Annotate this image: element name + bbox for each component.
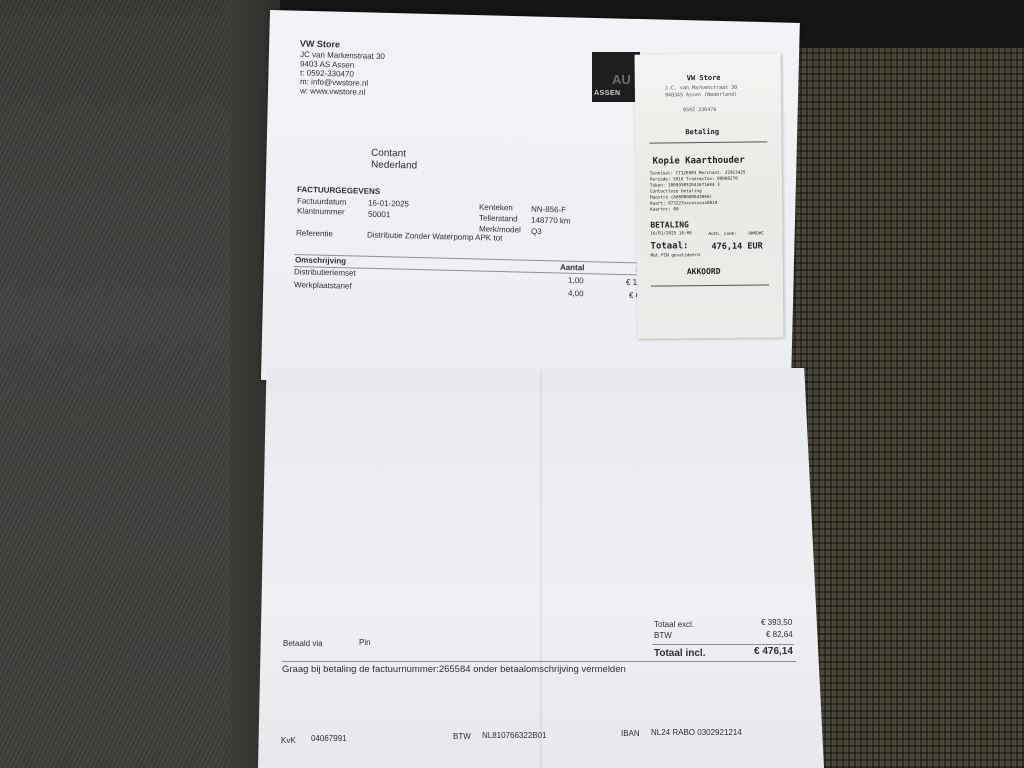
receipt-total-value: 476,14 EUR [711, 241, 762, 252]
paid-via-value: Pin [359, 638, 371, 648]
receipt-auth-label: Auth. code: [708, 232, 737, 237]
receipt-detail-line: Kaartnr: 00 [650, 207, 679, 212]
btw-label: BTW [453, 732, 471, 742]
total-incl-value: € 476,14 [754, 646, 793, 657]
receipt-pin-note: Met PIN gevalideerd [651, 253, 700, 259]
payment-note: Graag bij betaling de factuurnummer:2655… [282, 664, 626, 675]
row-quantity: 4,00 [568, 289, 584, 299]
paid-via-label: Betaald via [283, 639, 323, 649]
logo-text: AU [612, 72, 631, 87]
row-description: Werkplaatstarief [294, 280, 352, 291]
field-label: Factuurdatum [297, 196, 347, 207]
pin-receipt: VW Store J.C. van Markenstraat 30 9403AS… [635, 53, 784, 339]
receipt-detail-line: Maestro (A0000000043060) [650, 195, 712, 201]
store-name: VW Store [300, 39, 340, 50]
row-description: Distributieriemset [294, 267, 356, 278]
receipt-section: Betaling [685, 128, 719, 136]
receipt-phone: 0592 330470 [683, 107, 716, 113]
column-header-description: Omschrijving [295, 255, 346, 266]
iban-label: IBAN [621, 729, 640, 739]
vehicle-label: Kenteken [479, 203, 513, 213]
vat-value: € 82,64 [766, 630, 793, 640]
receipt-type: BETALING [650, 220, 689, 229]
totals-rule [652, 644, 794, 645]
receipt-title: Kopie Kaarthouder [653, 156, 745, 167]
receipt-address-2: 9403AS Assen (Nederland) [665, 92, 737, 99]
logo-subtext: ASSEN [594, 90, 621, 97]
vehicle-value: 148770 km [531, 216, 571, 226]
vehicle-label: Tellerstand [479, 214, 518, 224]
kvk-value: 04067991 [311, 734, 347, 744]
receipt-total-label: Totaal: [650, 241, 688, 251]
receipt-bottom-rule [651, 284, 769, 286]
vat-label: BTW [654, 631, 672, 641]
row-quantity: 1,00 [568, 276, 584, 286]
receipt-detail-line: Periode: 5016 Transactie: 00000270 [650, 177, 738, 183]
field-label: Klantnummer [297, 206, 345, 217]
customer-name: Contant [371, 148, 406, 160]
field-value: 50001 [368, 210, 390, 220]
note-rule [282, 661, 796, 662]
receipt-detail-line: Kaart: 673223xxxxxxxxx0010 [650, 201, 717, 207]
total-excl-value: € 393,50 [761, 618, 792, 628]
receipt-detail-line: Token: 100993052041671604 3 [650, 183, 720, 189]
field-value: 16-01-2025 [368, 199, 409, 209]
receipt-status: AKKOORD [687, 267, 721, 276]
total-excl-label: Totaal excl. [654, 620, 694, 630]
total-incl-label: Totaal incl. [654, 648, 706, 659]
customer-country: Nederland [371, 159, 417, 171]
invoice-details-heading: FACTUURGEGEVENS [297, 185, 380, 197]
vehicle-label: Merk/model [479, 224, 521, 235]
receipt-store-name: VW Store [687, 74, 721, 82]
field-label: Referentie [296, 229, 333, 239]
receipt-auth-code: UW6QHC [748, 231, 764, 236]
receipt-detail-line: Contactloze betaling [650, 189, 702, 195]
vehicle-value: Q3 [531, 227, 542, 237]
receipt-detail-line: Terminal: CT126993 Merchant: 22913425 [650, 171, 746, 177]
receipt-address-1: J.C. van Markenstraat 30 [665, 85, 737, 92]
store-website: w: www.vwstore.nl [300, 86, 366, 97]
vehicle-value: NN-856-F [531, 205, 566, 215]
receipt-datetime: 16/01/2025 16:06 [650, 231, 691, 236]
iban-value: NL24 RABO 0302921214 [651, 728, 742, 738]
kvk-label: KvK [281, 736, 296, 746]
receipt-rule [649, 141, 767, 143]
paper-fold [540, 370, 542, 768]
column-header-quantity: Aantal [560, 263, 585, 273]
btw-value: NL810766322B01 [482, 731, 547, 741]
